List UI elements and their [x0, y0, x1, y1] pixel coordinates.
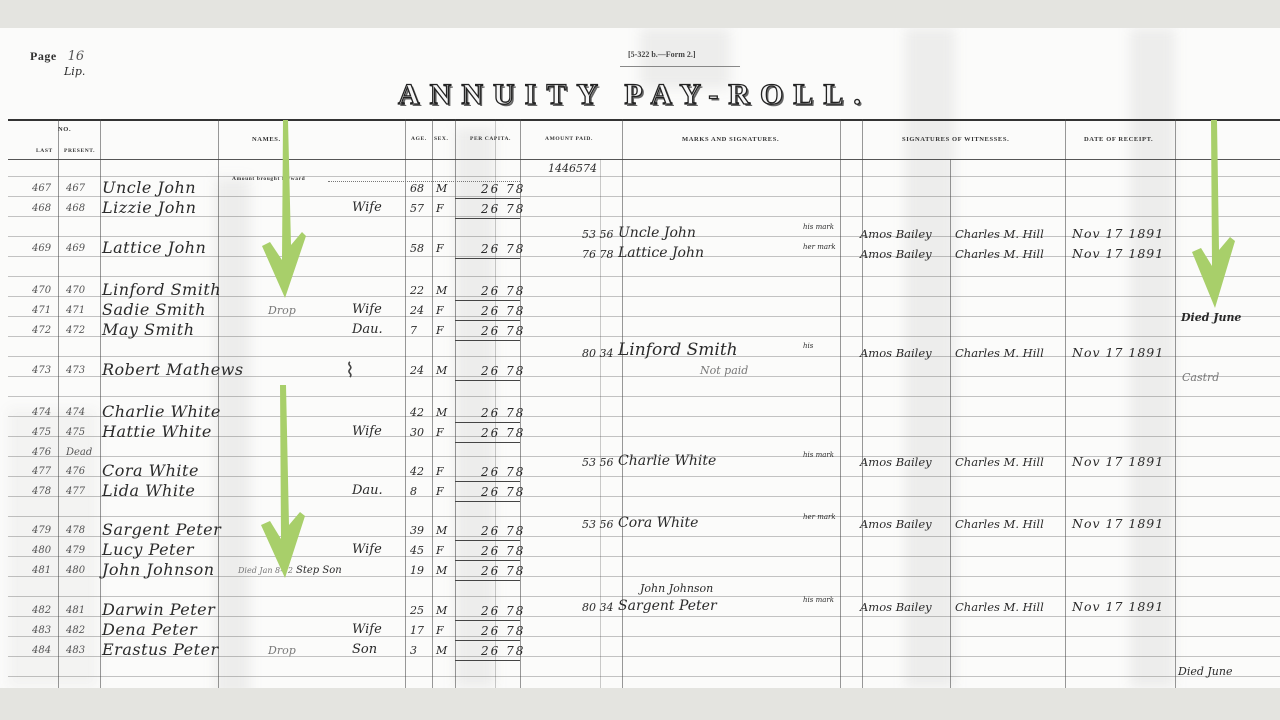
payment-amount: 80 34 — [582, 347, 614, 360]
row-last-number: 474 — [32, 407, 51, 418]
row-relation: Wife — [352, 542, 382, 557]
row-relation: Dau. — [352, 483, 383, 498]
row-name: Sadie Smith — [102, 300, 206, 319]
row-sex: M — [436, 406, 447, 419]
row-last-number: 477 — [32, 466, 51, 477]
row-sex: F — [436, 544, 444, 557]
col-divider — [455, 119, 456, 688]
ruled-line — [8, 676, 1280, 677]
col-divider — [1175, 119, 1176, 688]
row-present-number: 477 — [66, 486, 85, 497]
col-header-per-capita: Per Capita. — [470, 136, 511, 142]
row-last-number: 482 — [32, 605, 51, 616]
ruled-line — [8, 636, 1280, 637]
row-name: Linford Smith — [102, 280, 221, 299]
row-age: 19 — [410, 564, 424, 577]
row-per-capita: 26 78 — [481, 485, 525, 499]
per-capita-underline — [455, 218, 520, 219]
row-age: 39 — [410, 524, 424, 537]
row-per-capita: 26 78 — [481, 624, 525, 638]
payment-witness-2: Charles M. Hill — [955, 600, 1044, 614]
row-name: Lizzie John — [102, 198, 196, 217]
row-sex: M — [436, 604, 447, 617]
col-header-amount-paid: Amount Paid. — [545, 136, 593, 142]
scan-smudge — [215, 178, 250, 688]
row-per-capita: 26 78 — [481, 465, 525, 479]
ruled-line — [8, 596, 1280, 597]
per-capita-underline — [455, 481, 520, 482]
row-name: Hattie White — [102, 422, 212, 441]
row-age: 3 — [410, 644, 417, 657]
payment-signature: Linford Smith — [618, 340, 738, 360]
row-age: 58 — [410, 242, 424, 255]
per-capita-underline — [455, 198, 520, 199]
row-age: 17 — [410, 624, 424, 637]
amount-brought-forward-label: Amount brought forward — [232, 176, 305, 182]
payment-signature: Charlie White — [618, 453, 716, 469]
payroll-document: Page 16 Lip. [5-322 b.—Form 2.] ANNUITY … — [0, 28, 1280, 688]
row-per-capita: 26 78 — [481, 324, 525, 338]
row-sex: M — [436, 284, 447, 297]
row-present-number: 482 — [66, 625, 85, 636]
payment-mark: her mark — [803, 243, 843, 252]
col-header-no: No. — [58, 126, 71, 133]
row-present-number: 478 — [66, 525, 85, 536]
ruled-line — [8, 396, 1280, 397]
payment-signature: Lattice John — [618, 245, 704, 261]
payment-witness-1: Amos Bailey — [860, 346, 932, 360]
document-title: ANNUITY PAY-ROLL. — [398, 78, 871, 112]
row-per-capita: 26 78 — [481, 426, 525, 440]
col-divider — [100, 119, 101, 688]
row-per-capita: 26 78 — [481, 202, 525, 216]
col-header-date-of-receipt: Date of Receipt. — [1084, 136, 1153, 143]
col-header-witnesses: Signatures of Witnesses. — [902, 136, 1009, 143]
row-age: 24 — [410, 304, 424, 317]
row-sex: F — [436, 465, 444, 478]
row-present-number: 470 — [66, 285, 85, 296]
row-present-number: 481 — [66, 605, 85, 616]
row-last-number: 468 — [32, 203, 51, 214]
row-sex: F — [436, 426, 444, 439]
margin-note: Died June — [1178, 665, 1232, 678]
row-per-capita: 26 78 — [481, 364, 525, 378]
payment-signature: Cora White — [618, 515, 698, 531]
page-label: Page — [30, 49, 57, 63]
payment-amount: 53 56 — [582, 228, 614, 241]
per-capita-underline — [455, 660, 520, 661]
row-last-number: 478 — [32, 486, 51, 497]
row-last-number: 467 — [32, 183, 51, 194]
payment-witness-2: Charles M. Hill — [955, 227, 1044, 241]
amount-brought-forward-value: 1446574 — [548, 162, 597, 175]
col-header-present: Present. — [64, 148, 95, 154]
ruled-line — [8, 336, 1280, 337]
payment-date: Nov 17 1891 — [1072, 246, 1164, 261]
row-age: 24 — [410, 364, 424, 377]
row-age: 25 — [410, 604, 424, 617]
per-capita-underline — [455, 540, 520, 541]
payment-amount: 80 34 — [582, 601, 614, 614]
row-per-capita: 26 78 — [481, 304, 525, 318]
payment-signature: Uncle John — [618, 225, 696, 241]
row-relation: Step Son — [296, 565, 342, 576]
row-age: 42 — [410, 465, 424, 478]
payment-mark: his mark — [803, 451, 843, 460]
row-name: Lattice John — [102, 238, 206, 257]
row-age: 45 — [410, 544, 424, 557]
row-relation: Son — [352, 642, 377, 657]
row-last-number: 484 — [32, 645, 51, 656]
payment-witness-2: Charles M. Hill — [955, 346, 1044, 360]
row-name: Erastus Peter — [102, 640, 219, 659]
ruled-line — [8, 556, 1280, 557]
col-divider — [405, 119, 406, 688]
row-per-capita: 26 78 — [481, 604, 525, 618]
row-present-number: 479 — [66, 545, 85, 556]
row-present-number: 475 — [66, 427, 85, 438]
margin-note: Castrd — [1182, 371, 1219, 384]
row-relation: Dau. — [352, 322, 383, 337]
green-arrow-down-icon — [258, 120, 310, 300]
payment-witness-1: Amos Bailey — [860, 517, 932, 531]
per-capita-underline — [455, 320, 520, 321]
payment-above-note: John Johnson — [640, 582, 713, 595]
row-age: 42 — [410, 406, 424, 419]
row-sex: F — [436, 624, 444, 637]
per-capita-underline — [455, 560, 520, 561]
margin-note: Died June — [1181, 311, 1241, 324]
row-age: 22 — [410, 284, 424, 297]
green-arrow-down-icon — [258, 385, 310, 580]
payment-mark: his mark — [803, 596, 843, 605]
col-divider — [432, 119, 433, 688]
green-arrow-down-icon — [1190, 120, 1240, 310]
per-capita-underline — [455, 422, 520, 423]
row-sex: F — [436, 324, 444, 337]
row-age: 8 — [410, 485, 417, 498]
payment-date: Nov 17 1891 — [1072, 599, 1164, 614]
row-present-number: 473 — [66, 365, 85, 376]
row-sex: F — [436, 304, 444, 317]
payment-date: Nov 17 1891 — [1072, 516, 1164, 531]
row-relation: Wife — [352, 424, 382, 439]
row-sex: F — [436, 485, 444, 498]
col-header-last: Last — [36, 148, 53, 154]
brace-mark: ⌇ — [345, 358, 355, 382]
row-per-capita: 26 78 — [481, 406, 525, 420]
row-present-number: 471 — [66, 305, 85, 316]
row-name: Robert Mathews — [102, 360, 244, 379]
payment-witness-1: Amos Bailey — [860, 247, 932, 261]
row-name: Cora White — [102, 461, 199, 480]
per-capita-underline — [455, 340, 520, 341]
row-name: Sargent Peter — [102, 520, 221, 539]
row-sex: F — [436, 242, 444, 255]
payment-witness-1: Amos Bailey — [860, 600, 932, 614]
row-note: Drop — [268, 644, 296, 657]
row-sex: F — [436, 202, 444, 215]
payment-amount: 53 56 — [582, 456, 614, 469]
row-age: 57 — [410, 202, 424, 215]
row-last-number: 480 — [32, 545, 51, 556]
row-name: Dena Peter — [102, 620, 197, 639]
row-relation: Wife — [352, 622, 382, 637]
row-last-number: 481 — [32, 565, 51, 576]
payment-mark: her mark — [803, 513, 843, 522]
row-sex: M — [436, 182, 447, 195]
payment-mark: his — [803, 342, 843, 351]
col-header-age: Age. — [411, 136, 427, 142]
col-header-names: Names. — [252, 136, 281, 143]
form-number: [5-322 b.—Form 2.] — [628, 50, 696, 59]
payment-date: Nov 17 1891 — [1072, 454, 1164, 469]
col-header-marks-signatures: Marks and Signatures. — [682, 136, 779, 143]
row-present-number: 474 — [66, 407, 85, 418]
row-last-number: 469 — [32, 243, 51, 254]
row-last-number: 483 — [32, 625, 51, 636]
form-rule — [620, 66, 740, 67]
row-present-number: 476 — [66, 466, 85, 477]
row-last-number: 471 — [32, 305, 51, 316]
payment-witness-1: Amos Bailey — [860, 455, 932, 469]
payment-mark: his mark — [803, 223, 843, 232]
row-per-capita: 26 78 — [481, 284, 525, 298]
col-divider — [58, 119, 59, 688]
row-name: Charlie White — [102, 402, 221, 421]
page-number: Page 16 — [30, 49, 84, 64]
ruled-line — [8, 216, 1280, 217]
row-per-capita: 26 78 — [481, 644, 525, 658]
per-capita-underline — [455, 640, 520, 641]
row-present-number: 467 — [66, 183, 85, 194]
payment-amount: 76 78 — [582, 248, 614, 261]
row-last-number: 476 — [32, 447, 51, 458]
page-sub-note: Lip. — [64, 65, 85, 78]
payment-date: Nov 17 1891 — [1072, 345, 1164, 360]
row-present-number: Dead — [66, 447, 92, 458]
col-header-sex: Sex. — [434, 136, 448, 142]
payment-witness-2: Charles M. Hill — [955, 517, 1044, 531]
row-last-number: 472 — [32, 325, 51, 336]
row-age: 7 — [410, 324, 417, 337]
row-name: Uncle John — [102, 178, 196, 197]
row-name: Lida White — [102, 481, 195, 500]
payment-witness-2: Charles M. Hill — [955, 247, 1044, 261]
row-present-number: 483 — [66, 645, 85, 656]
col-divider — [950, 159, 951, 688]
row-relation: Wife — [352, 200, 382, 215]
per-capita-underline — [455, 580, 520, 581]
per-capita-underline — [455, 300, 520, 301]
row-name: John Johnson — [102, 560, 215, 579]
row-present-number: 472 — [66, 325, 85, 336]
ruled-line — [8, 176, 1280, 177]
payment-date: Nov 17 1891 — [1072, 226, 1164, 241]
page-number-value: 16 — [68, 49, 85, 64]
per-capita-underline — [455, 501, 520, 502]
row-note: Died Jan 8-92 — [238, 566, 293, 575]
row-sex: M — [436, 644, 447, 657]
row-age: 30 — [410, 426, 424, 439]
row-present-number: 480 — [66, 565, 85, 576]
header-bottom-rule — [8, 159, 1280, 160]
per-capita-underline — [455, 442, 520, 443]
row-last-number: 473 — [32, 365, 51, 376]
row-sex: M — [436, 364, 447, 377]
row-name: Darwin Peter — [102, 600, 215, 619]
row-present-number: 469 — [66, 243, 85, 254]
payment-witness-2: Charles M. Hill — [955, 455, 1044, 469]
ruled-line — [8, 196, 1280, 197]
row-per-capita: 26 78 — [481, 182, 525, 196]
row-last-number: 479 — [32, 525, 51, 536]
row-present-number: 468 — [66, 203, 85, 214]
ruled-line — [8, 496, 1280, 497]
per-capita-underline — [455, 620, 520, 621]
row-name: May Smith — [102, 320, 195, 339]
ruled-line — [8, 276, 1280, 277]
row-per-capita: 26 78 — [481, 524, 525, 538]
payment-witness-1: Amos Bailey — [860, 227, 932, 241]
per-capita-underline — [455, 380, 520, 381]
payment-sub-note: Not paid — [700, 364, 748, 377]
row-per-capita: 26 78 — [481, 242, 525, 256]
row-last-number: 470 — [32, 285, 51, 296]
row-relation: Wife — [352, 302, 382, 317]
payment-amount: 53 56 — [582, 518, 614, 531]
row-per-capita: 26 78 — [481, 564, 525, 578]
row-sex: M — [436, 524, 447, 537]
row-sex: M — [436, 564, 447, 577]
row-last-number: 475 — [32, 427, 51, 438]
row-note: Drop — [268, 304, 296, 317]
header-top-rule — [8, 119, 1280, 121]
per-capita-underline — [455, 258, 520, 259]
col-divider — [1065, 119, 1066, 688]
row-name: Lucy Peter — [102, 540, 194, 559]
row-age: 68 — [410, 182, 424, 195]
row-per-capita: 26 78 — [481, 544, 525, 558]
payment-signature: Sargent Peter — [618, 598, 717, 614]
